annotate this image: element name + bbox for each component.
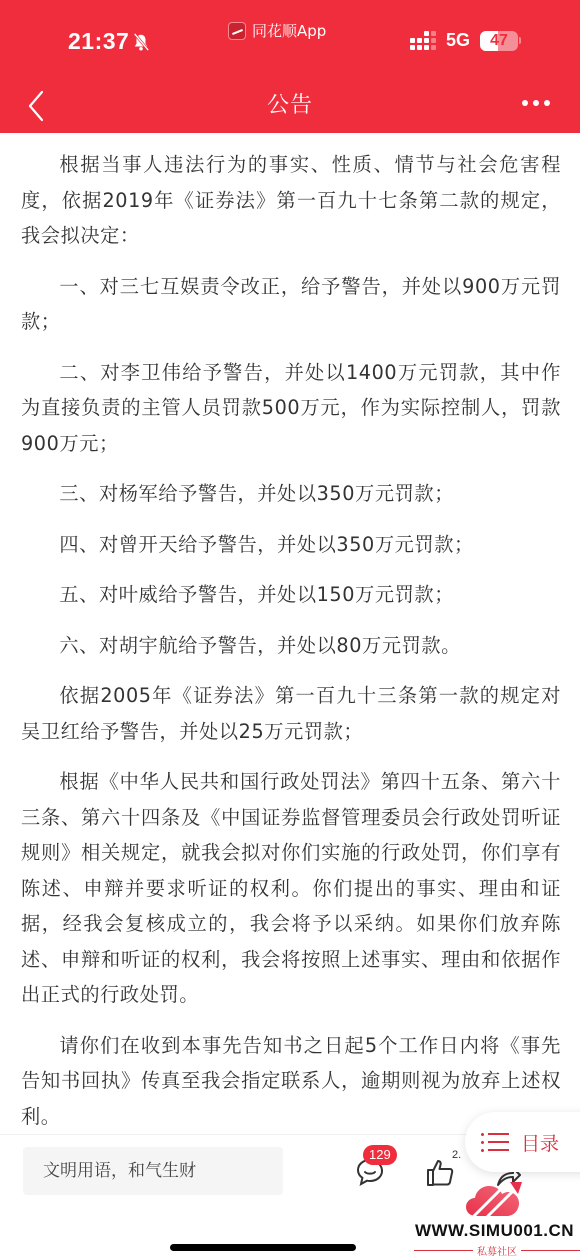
paragraph-item-3: 三、对杨军给予警告，并处以350万元罚款；	[21, 476, 561, 512]
back-to-app-link[interactable]: 同花顺App	[228, 20, 326, 41]
table-of-contents-button[interactable]: 目录	[465, 1112, 580, 1172]
watermark-url: WWW.SIMU001.CN	[410, 1221, 580, 1241]
clock: 21:37	[68, 28, 129, 55]
more-options-icon[interactable]	[522, 100, 550, 106]
status-indicators: 5G 47	[410, 30, 521, 51]
paragraph-rights: 根据《中华人民共和国行政处罚法》第四十五条、第六十三条、第六十四条及《中国证券监…	[21, 764, 561, 1013]
bell-muted-icon	[132, 32, 150, 52]
list-icon	[481, 1131, 509, 1153]
source-app-label: 同花顺App	[252, 20, 326, 41]
paragraph-item-6: 六、对胡宇航给予警告，并处以80万元罚款。	[21, 628, 561, 664]
paragraph-intro: 根据当事人违法行为的事实、性质、情节与社会危害程度，依据2019年《证券法》第一…	[21, 147, 561, 254]
comment-count-badge: 129	[363, 1145, 397, 1165]
paragraph-item-1: 一、对三七互娱责令改正，给予警告，并处以900万元罚款；	[21, 269, 561, 340]
nav-bar: 公告	[0, 78, 580, 133]
announcement-body: 根据当事人违法行为的事实、性质、情节与社会危害程度，依据2019年《证券法》第一…	[21, 147, 561, 1149]
watermark: WWW.SIMU001.CN 私募社区	[410, 1180, 580, 1260]
comment-input[interactable]: 文明用语，和气生财	[23, 1147, 283, 1195]
battery-icon: 47	[480, 31, 518, 51]
battery-tip	[519, 37, 521, 44]
paragraph-item-2: 二、对李卫伟给予警告，并处以1400万元罚款，其中作为直接负责的主管人员罚款50…	[21, 355, 561, 462]
page-title: 公告	[0, 88, 580, 119]
app-logo-icon	[228, 22, 246, 40]
toc-label: 目录	[521, 1129, 559, 1156]
battery-level: 47	[490, 32, 508, 49]
watermark-subtitle: 私募社区	[414, 1243, 580, 1258]
paragraph-item-4: 四、对曾开天给予警告，并处以350万元罚款；	[21, 527, 561, 563]
signal-icon	[410, 31, 436, 50]
like-count: 2.	[452, 1149, 461, 1161]
home-indicator[interactable]	[170, 1244, 356, 1251]
top-bar: 21:37 同花顺App 5G 47	[0, 0, 580, 133]
watermark-subtitle-text: 私募社区	[477, 1243, 517, 1258]
status-time: 21:37	[68, 28, 150, 55]
network-type: 5G	[446, 30, 470, 51]
paragraph-item-5: 五、对叶威给予警告，并处以150万元罚款；	[21, 577, 561, 613]
cloud-arrow-logo-icon	[462, 1180, 532, 1222]
paragraph-2005-law: 依据2005年《证券法》第一百九十三条第一款的规定对吴卫红给予警告，并处以25万…	[21, 678, 561, 749]
